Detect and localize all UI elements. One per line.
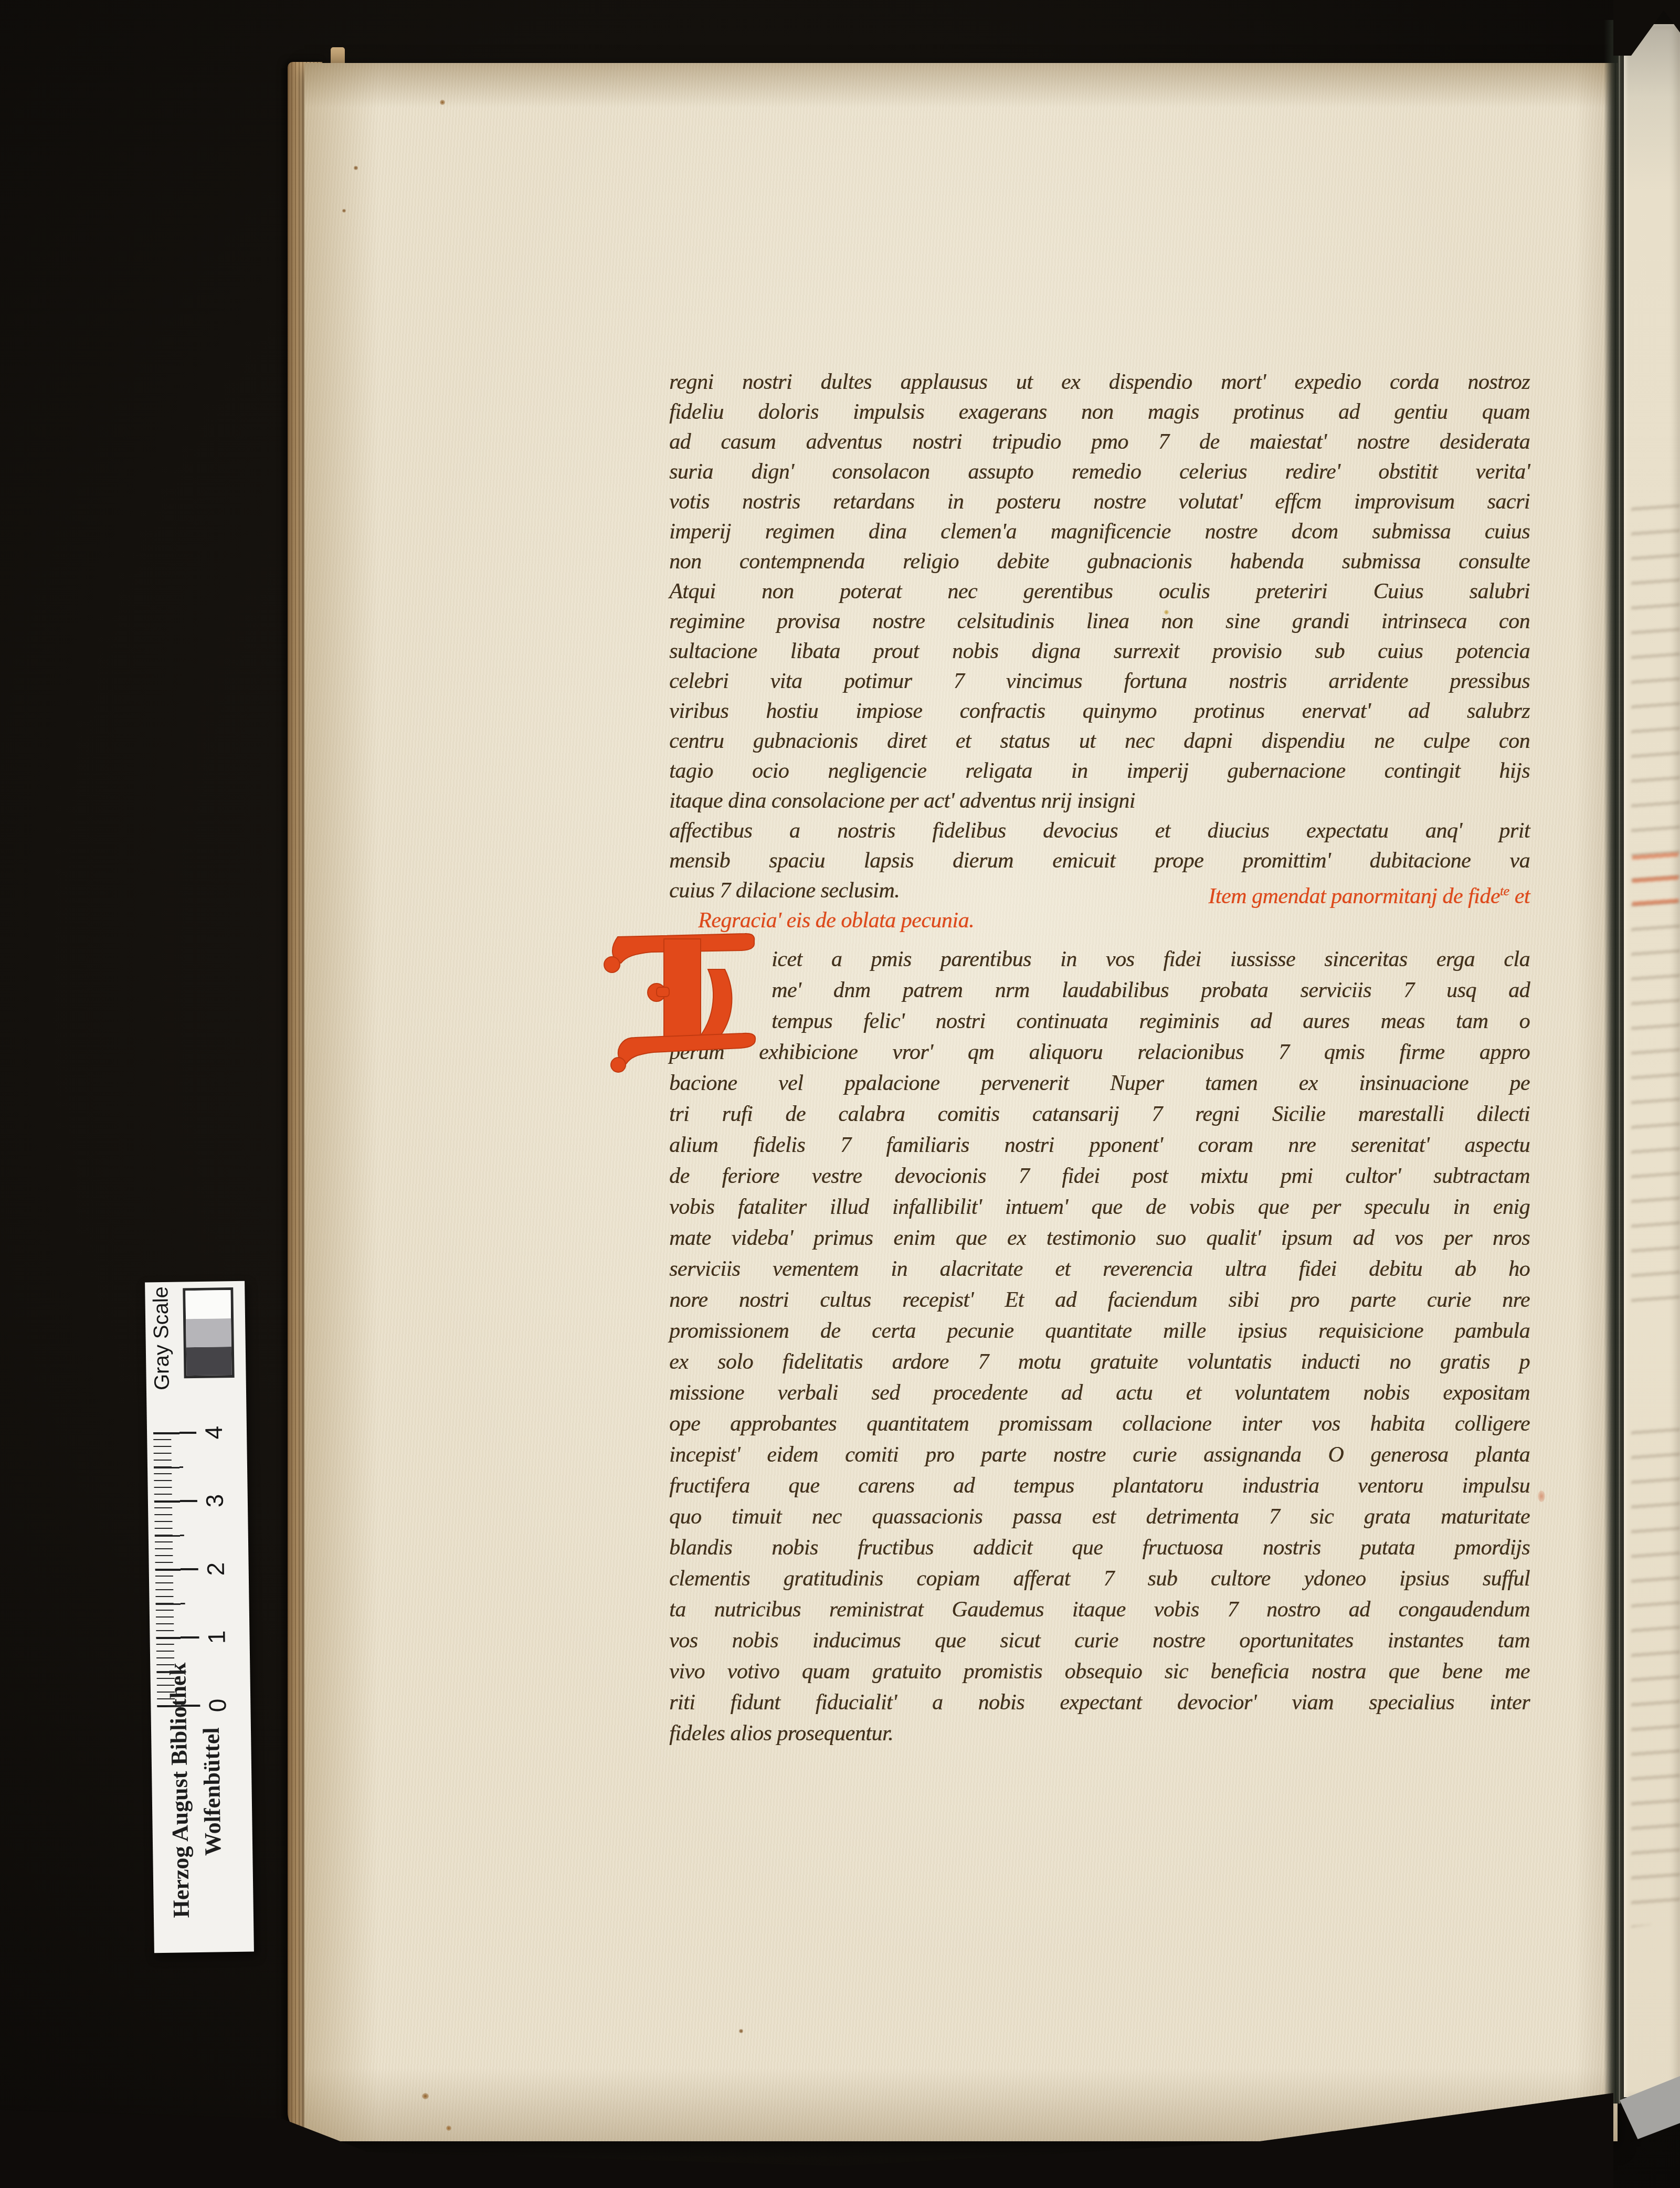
- facing-page-red-bleedthrough: [1632, 833, 1678, 924]
- manuscript-line: non contempnenda religio debite gubnacio…: [669, 547, 1530, 577]
- reference-scale-card: Herzog August Bibliothek Wolfenbüttel 01…: [145, 1281, 254, 1953]
- manuscript-line: ta nutricibus reministrat Gaudemus itaqu…: [669, 1594, 1530, 1625]
- manuscript-line: celebri vita potimur 7 vincimus fortuna …: [669, 667, 1530, 696]
- illuminated-initial-L: [602, 923, 764, 1076]
- manuscript-line: perum exhibicione vror' qm aliquoru rela…: [669, 1037, 1530, 1068]
- paragraph-2: icet a pmis parentibus in vos fidei iuss…: [669, 944, 1530, 1749]
- manuscript-line: fideliu doloris impulsis exagerans non m…: [669, 397, 1530, 427]
- ruler-number: 4: [199, 1421, 228, 1444]
- paragraph-2-lines: perum exhibicione vror' qm aliquoru rela…: [669, 1037, 1530, 1749]
- photo-stage: regni nostri dultes applausus ut ex disp…: [0, 0, 1680, 2188]
- manuscript-line: centru gubnacionis diret et status ut ne…: [669, 726, 1530, 756]
- manuscript-line: bacione vel ppalacione pervenerit Nuper …: [669, 1068, 1530, 1099]
- manuscript-line: blandis nobis fructibus addicit que fruc…: [669, 1532, 1530, 1563]
- manuscript-line: promissionem de certa pecunie quantitate…: [669, 1316, 1530, 1347]
- manuscript-line: serviciis vementem in alacritate et reve…: [669, 1254, 1530, 1285]
- manuscript-line: ad casum adventus nostri tripudio pmo 7 …: [669, 427, 1530, 457]
- ruler-number: 2: [201, 1557, 230, 1581]
- manuscript-line: suria dign' consolacon assupto remedio c…: [669, 457, 1530, 487]
- foxing-spot: [440, 100, 445, 105]
- manuscript-line: tri rufi de calabra comitis catansarij 7…: [669, 1099, 1530, 1130]
- ruler-number: 3: [200, 1489, 229, 1513]
- facing-page-bleedthrough: [1631, 1406, 1680, 1927]
- paragraph-1: regni nostri dultes applausus ut ex disp…: [669, 367, 1530, 876]
- paragraph-1-last-words: cuius 7 dilacione seclusim.: [669, 876, 900, 906]
- manuscript-line: itaque dina consolacione per act' advent…: [669, 786, 1530, 816]
- manuscript-line: fructifera que carens ad tempus plantato…: [669, 1471, 1530, 1502]
- manuscript-line: vivo votivo quam gratuito promistis obse…: [669, 1656, 1530, 1687]
- grayscale-patch-white: [185, 1290, 231, 1319]
- manuscript-line: mate videba' primus enim que ex testimon…: [669, 1223, 1530, 1254]
- foxing-spot: [354, 166, 358, 170]
- manuscript-line: votis nostris retardans in posteru nostr…: [669, 487, 1530, 517]
- manuscript-line: mensib spaciu lapsis dierum emicuit prop…: [669, 846, 1530, 876]
- grayscale-patch-black: [186, 1347, 232, 1376]
- manuscript-line: regni nostri dultes applausus ut ex disp…: [669, 367, 1530, 397]
- manuscript-line: incepist' eidem comiti pro parte nostre …: [669, 1440, 1530, 1471]
- manuscript-page: regni nostri dultes applausus ut ex disp…: [304, 63, 1618, 2141]
- text-block: regni nostri dultes applausus ut ex disp…: [669, 367, 1530, 1749]
- manuscript-line: ope approbantes quantitatem promissam co…: [669, 1409, 1530, 1440]
- rubric-line-2: Regracia' eis de oblata pecunia.: [669, 906, 1530, 936]
- grayscale-patches: [183, 1287, 234, 1378]
- ruler-number: 0: [203, 1694, 232, 1717]
- manuscript-line: fideles alios prosequentur.: [669, 1718, 1530, 1749]
- manuscript-line: regimine provisa nostre celsitudinis lin…: [669, 607, 1530, 637]
- foxing-spot: [422, 2093, 429, 2099]
- foxing-spot: [342, 209, 346, 213]
- manuscript-line: imperij regimen dina clemen'a magnificen…: [669, 517, 1530, 547]
- manuscript-line: sultacione libata prout nobis digna surr…: [669, 637, 1530, 667]
- foxing-spot: [446, 2126, 451, 2131]
- manuscript-line: vobis fataliter illud infallibilit' intu…: [669, 1192, 1530, 1223]
- manuscript-line: nore nostri cultus recepist' Et ad facie…: [669, 1285, 1530, 1316]
- manuscript-line: quo timuit nec quassacionis passa est de…: [669, 1502, 1530, 1532]
- manuscript-line: affectibus a nostris fidelibus devocius …: [669, 816, 1530, 846]
- manuscript-line: vos nobis inducimus que sicut curie nost…: [669, 1625, 1530, 1656]
- manuscript-line: riti fidunt fiducialit' a nobis expectan…: [669, 1687, 1530, 1718]
- rubric-inline-line: cuius 7 dilacione seclusim. Item gmendat…: [669, 876, 1530, 906]
- manuscript-line: de feriore vestre devocionis 7 fidei pos…: [669, 1161, 1530, 1192]
- manuscript-line: icet a pmis parentibus in vos fidei iuss…: [669, 944, 1530, 975]
- grayscale-patch-gray: [186, 1318, 231, 1347]
- grayscale-label: Gray Scale: [149, 1293, 174, 1391]
- manuscript-line: ex solo fidelitatis ardore 7 motu gratui…: [669, 1347, 1530, 1378]
- manuscript-line: me' dnm patrem nrm laudabilibus probata …: [669, 975, 1530, 1006]
- paragraph-2-indented-lines: icet a pmis parentibus in vos fidei iuss…: [669, 944, 1530, 1037]
- ruler-number: 1: [202, 1625, 231, 1649]
- manuscript-line: tagio ocio negligencie religata in imper…: [669, 756, 1530, 786]
- foxing-spot: [739, 2029, 743, 2033]
- manuscript-line: alium fidelis 7 familiaris nostri pponen…: [669, 1130, 1530, 1161]
- manuscript-line: missione verbali sed procedente ad actu …: [669, 1378, 1530, 1409]
- facing-page-edge: [1624, 24, 1680, 2097]
- manuscript-line: clementis gratitudinis copiam afferat 7 …: [669, 1563, 1530, 1594]
- manuscript-line: tempus felic' nostri continuata regimini…: [669, 1006, 1530, 1037]
- ruler-ticks-cm: [153, 1430, 200, 1707]
- manuscript-line: Atqui non poterat nec gerentibus oculis …: [669, 577, 1530, 607]
- ink-offset-stain: [1538, 1491, 1545, 1502]
- rubric-line-1: Item gmendat panormitanj de fidete et: [1208, 876, 1530, 906]
- reference-scale-card-content: Herzog August Bibliothek Wolfenbüttel 01…: [145, 1281, 254, 1953]
- manuscript-line: viribus hostiu impiose confractis quinym…: [669, 696, 1530, 726]
